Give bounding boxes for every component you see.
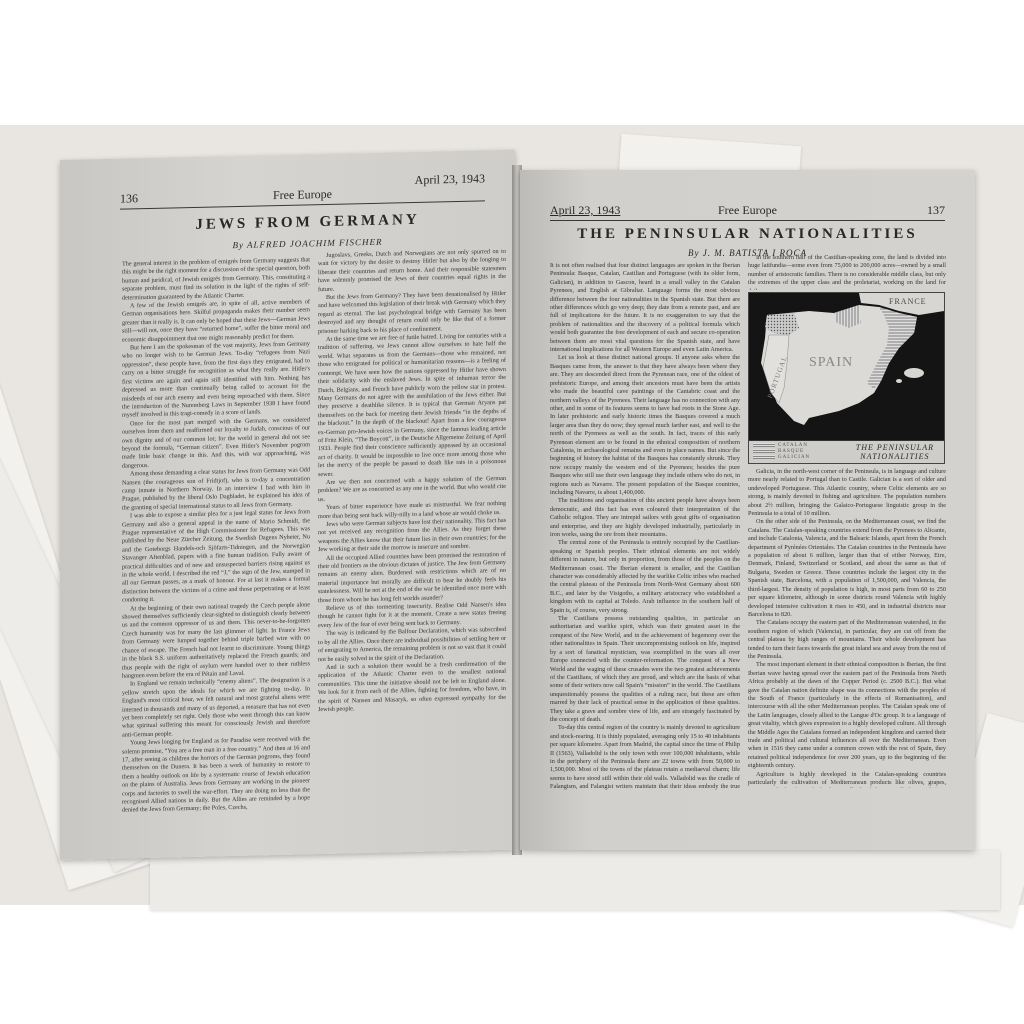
paragraph: I was able to expose a similar plea for …	[122, 509, 310, 606]
article-column-2-bottom: Galicia, in the north-west corner of the…	[748, 468, 946, 788]
article-title: JEWS FROM GERMANY	[60, 210, 515, 237]
paragraph: Jugoslavs, Greeks, Dutch and Norwegians …	[318, 248, 506, 294]
article-column-2: Jugoslavs, Greeks, Dutch and Norwegians …	[318, 248, 506, 752]
paragraph: On the other side of the Peninsula, on t…	[748, 518, 946, 619]
magazine-title: Free Europe	[273, 187, 332, 203]
paragraph: In the southern half of the Castilian-sp…	[748, 254, 946, 290]
article-title: THE PENINSULAR NATIONALITIES	[520, 226, 975, 243]
paragraph: The traditions and organisation of this …	[550, 497, 740, 539]
article-column-1: It is not often realised that four disti…	[550, 262, 740, 792]
paragraph: At the same time we are free of futile h…	[318, 332, 506, 479]
paragraph: The most important element in their ethn…	[748, 661, 946, 770]
paragraph: And in such a solution there would be a …	[318, 660, 506, 715]
paragraph: The general interest in the problem of e…	[122, 256, 310, 302]
background-paper	[150, 850, 1000, 910]
page-number: 137	[927, 203, 945, 218]
paragraph: All the occupied Allied countries have b…	[318, 551, 506, 606]
running-head: April 23, 1943 Free Europe 137	[550, 198, 945, 221]
map-caption: CATALAN BASQUE GALICIAN THE PENINSULAR N…	[749, 440, 944, 463]
background-surface-top	[0, 0, 1024, 125]
issue-date: April 23, 1943	[550, 203, 620, 218]
paragraph: But here I am the spokesman of the vast …	[122, 340, 310, 420]
issue-date: April 23, 1943	[415, 171, 485, 188]
article-column-1: The general interest in the problem of e…	[122, 256, 310, 820]
paragraph: The Castilians possess outstanding quali…	[550, 615, 740, 724]
paragraph: At the beginning of their own national t…	[122, 601, 310, 681]
article-column-2-top: In the southern half of the Castilian-sp…	[748, 254, 946, 290]
paragraph: In England we remain technically “enemy …	[122, 677, 310, 740]
paragraph: To-day this central region of the countr…	[550, 724, 740, 792]
paragraph: Let us look at these distinct national g…	[550, 354, 740, 497]
paragraph: But the Jews from Germany? They have bee…	[318, 290, 506, 336]
map-label-france: FRANCE	[889, 297, 927, 306]
paragraph: Once for the most part merged with the G…	[122, 416, 310, 471]
legend-item-galician: GALICIAN	[753, 455, 810, 461]
paragraph: Young Jews longing for England as for Pa…	[122, 735, 310, 815]
magazine-title: Free Europe	[718, 203, 777, 218]
paragraph: Among those demanding a clear status for…	[122, 466, 310, 512]
paragraph: The central zone of the Peninsula is ent…	[550, 539, 740, 615]
paragraph: Agriculture is highly developed in the C…	[748, 771, 946, 788]
paragraph: The Catalans occupy the eastern part of …	[748, 619, 946, 661]
page-number: 136	[120, 191, 138, 206]
map-title: THE PENINSULAR NATIONALITIES	[856, 443, 934, 461]
paragraph: The way is indicated by the Balfour Decl…	[318, 626, 506, 664]
paragraph: Jews who were German subjects have lost …	[318, 517, 506, 555]
running-head: 136 Free Europe April 23, 1943	[120, 178, 485, 209]
map-label-spain: SPAIN	[809, 355, 853, 371]
left-page: 136 Free Europe April 23, 1943 JEWS FROM…	[60, 150, 515, 860]
right-page: April 23, 1943 Free Europe 137 THE PENIN…	[520, 170, 975, 850]
paragraph: A few of the Jewish emigrés are, in spit…	[122, 298, 310, 344]
background-surface-bottom	[0, 905, 1024, 1024]
peninsula-map: FRANCE SPAIN PORTUGAL CATALAN BASQUE GAL…	[748, 292, 945, 464]
map-legend: CATALAN BASQUE GALICIAN	[753, 443, 810, 461]
paragraph: It is not often realised that four disti…	[550, 262, 740, 354]
paragraph: Galicia, in the north-west corner of the…	[748, 468, 946, 518]
